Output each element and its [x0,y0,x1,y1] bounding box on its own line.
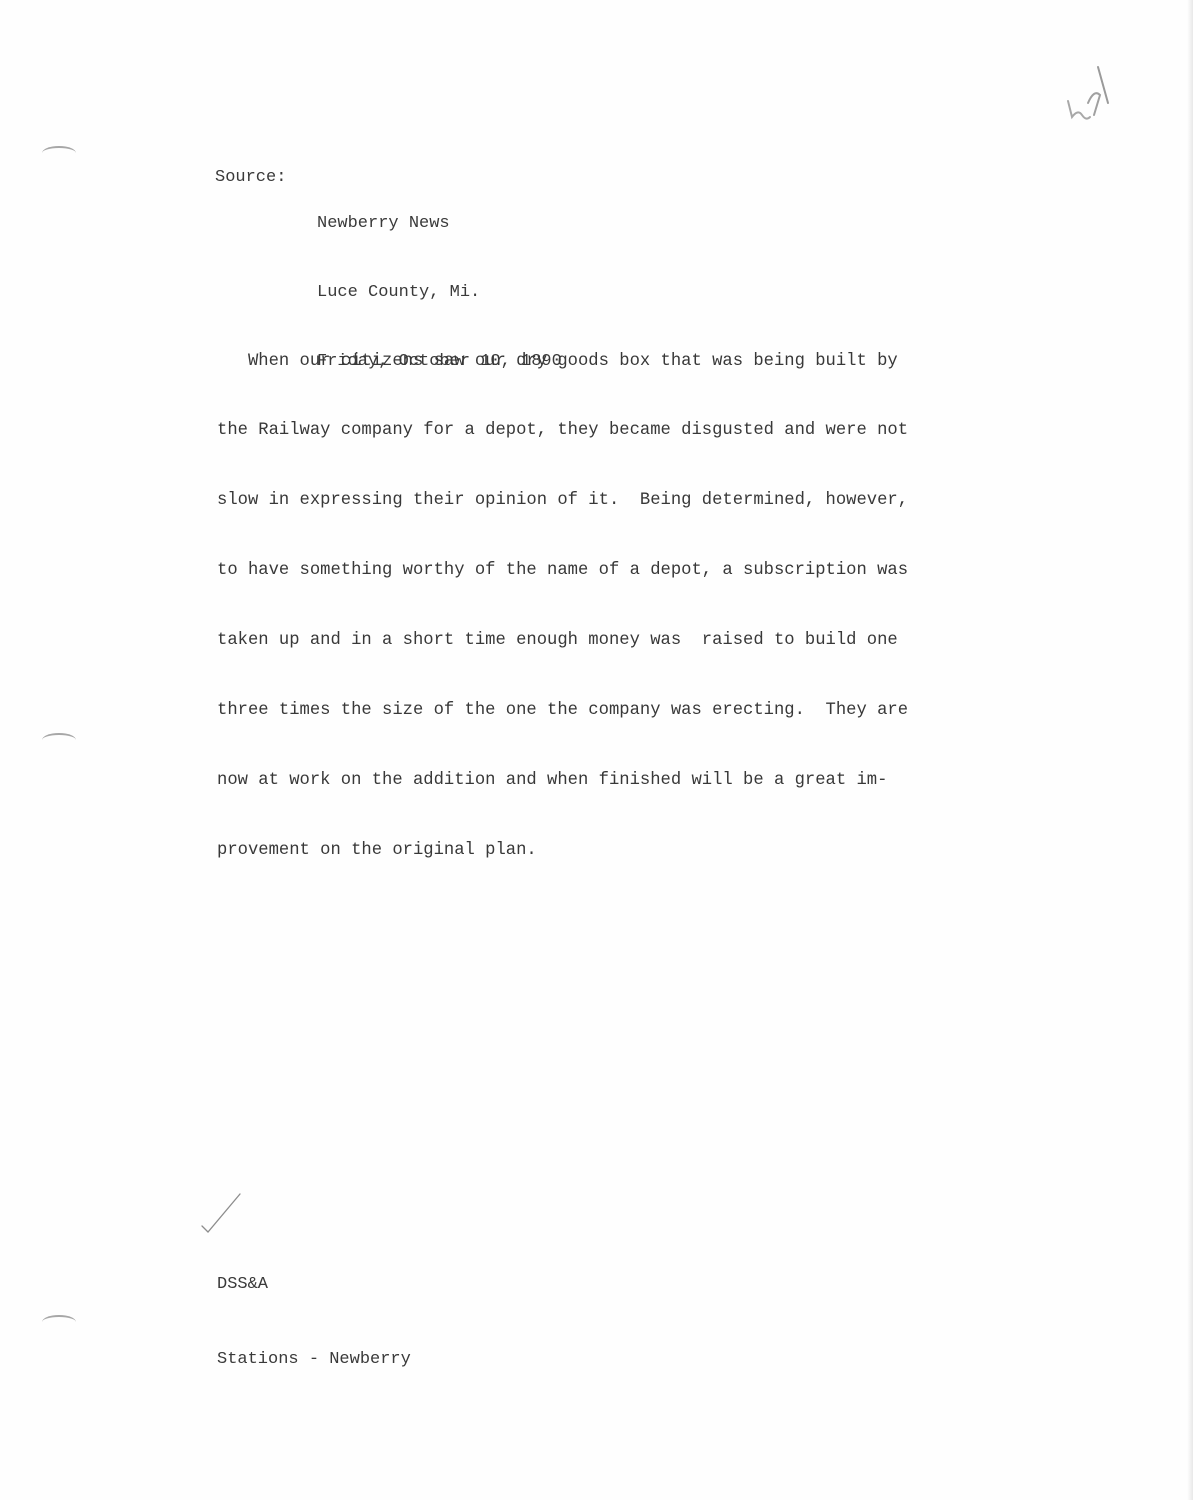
body-line: the Railway company for a depot, they be… [217,419,997,442]
body-line: to have something worthy of the name of … [217,559,997,582]
handwritten-page-number [1050,65,1120,130]
body-line: When our citizens saw our dry goods box … [217,350,997,373]
article-body: When our citizens saw our dry goods box … [217,303,997,909]
page-edge-shadow [1187,0,1193,1500]
body-line: slow in expressing their opinion of it. … [217,489,997,512]
punch-hole-mark [42,146,76,160]
punch-hole-mark [42,733,76,747]
punch-hole-mark [42,1315,76,1329]
filing-subject: Stations - Newberry [217,1347,411,1372]
filing-footer: DSS&A Stations - Newberry [217,1222,411,1422]
body-line: three times the size of the one the comp… [217,699,997,722]
body-line: provement on the original plan. [217,839,997,862]
source-publication: Newberry News [317,212,562,235]
body-line: now at work on the addition and when fin… [217,769,997,792]
scanned-document-page: Source: Newberry News Luce County, Mi. F… [0,0,1193,1500]
filing-category: DSS&A [217,1272,411,1297]
body-line: taken up and in a short time enough mone… [217,629,997,652]
source-location: Luce County, Mi. [317,281,562,304]
